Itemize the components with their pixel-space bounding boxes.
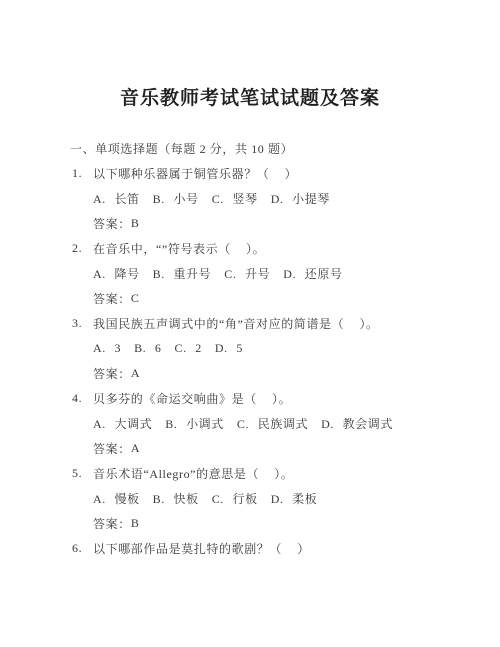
option: C. 竖琴 bbox=[212, 190, 258, 207]
question-text: 我国民族五声调式中的“角”音对应的简谱是（ ）。 bbox=[93, 315, 379, 332]
question-row: 2. 在音乐中，“”符号表示（ ）。 bbox=[70, 236, 475, 261]
option: D. 小提琴 bbox=[271, 190, 330, 207]
option: C. 民族调式 bbox=[237, 415, 308, 432]
question-text: 在音乐中，“”符号表示（ ）。 bbox=[93, 240, 265, 257]
answer-label: 答案： bbox=[93, 365, 131, 382]
question-text: 贝多芬的《命运交响曲》是（ ）。 bbox=[93, 390, 291, 407]
options-row: A. 慢板 B. 快板 C. 行板 D. 柔板 bbox=[70, 486, 475, 511]
question-number: 1. bbox=[72, 166, 93, 181]
options-row: A. 长笛 B. 小号 C. 竖琴 D. 小提琴 bbox=[70, 186, 475, 211]
answer-label: 答案： bbox=[93, 215, 131, 232]
page-title: 音乐教师考试笔试试题及答案 bbox=[0, 83, 500, 110]
section-heading: 一、单项选择题（每题 2 分，共 10 题） bbox=[70, 136, 475, 161]
answer-value: C bbox=[131, 291, 140, 306]
option: B. 重升号 bbox=[153, 265, 212, 282]
options-row: A. 降号 B. 重升号 C. 升号 D. 还原号 bbox=[70, 261, 475, 286]
option: A. 长笛 bbox=[93, 190, 140, 207]
answer-label: 答案： bbox=[93, 290, 131, 307]
answer-value: B bbox=[131, 516, 140, 531]
option: C. 行板 bbox=[212, 490, 258, 507]
question-number: 5. bbox=[72, 466, 93, 481]
option: A. 慢板 bbox=[93, 490, 140, 507]
answer-label: 答案： bbox=[93, 440, 131, 457]
answer-row: 答案： B bbox=[70, 511, 475, 536]
question-row: 4. 贝多芬的《命运交响曲》是（ ）。 bbox=[70, 386, 475, 411]
document-page: 音乐教师考试笔试试题及答案 一、单项选择题（每题 2 分，共 10 题） 1. … bbox=[0, 0, 500, 647]
answer-value: B bbox=[131, 216, 140, 231]
answer-value: A bbox=[131, 366, 140, 381]
options-row: A. 3 B. 6 C. 2 D. 5 bbox=[70, 336, 475, 361]
option: A. 降号 bbox=[93, 265, 140, 282]
option: B. 快板 bbox=[153, 490, 199, 507]
question-text: 以下哪种乐器属于铜管乐器？（ ） bbox=[93, 165, 297, 182]
answer-row: 答案： A bbox=[70, 361, 475, 386]
option: B. 6 bbox=[134, 341, 161, 356]
answer-row: 答案： A bbox=[70, 436, 475, 461]
question-row: 6. 以下哪部作品是莫扎特的歌剧？（ ） bbox=[70, 536, 475, 561]
question-row: 1. 以下哪种乐器属于铜管乐器？（ ） bbox=[70, 161, 475, 186]
question-number: 2. bbox=[72, 241, 93, 256]
question-row: 5. 音乐术语“Allegro”的意思是（ ）。 bbox=[70, 461, 475, 486]
option: C. 升号 bbox=[224, 265, 270, 282]
question-number: 4. bbox=[72, 391, 93, 406]
document-body: 一、单项选择题（每题 2 分，共 10 题） 1. 以下哪种乐器属于铜管乐器？（… bbox=[70, 136, 475, 561]
answer-label: 答案： bbox=[93, 515, 131, 532]
option: D. 教会调式 bbox=[321, 415, 393, 432]
option: C. 2 bbox=[174, 341, 201, 356]
options-row: A. 大调式 B. 小调式 C. 民族调式 D. 教会调式 bbox=[70, 411, 475, 436]
question-number: 6. bbox=[72, 541, 93, 556]
question-number: 3. bbox=[72, 316, 93, 331]
answer-value: A bbox=[131, 441, 140, 456]
option: D. 5 bbox=[215, 341, 243, 356]
option: A. 大调式 bbox=[93, 415, 152, 432]
option: D. 柔板 bbox=[271, 490, 318, 507]
answer-row: 答案： B bbox=[70, 211, 475, 236]
question-text: 以下哪部作品是莫扎特的歌剧？（ ） bbox=[93, 540, 310, 557]
option: B. 小调式 bbox=[165, 415, 224, 432]
option: A. 3 bbox=[93, 341, 121, 356]
answer-row: 答案： C bbox=[70, 286, 475, 311]
option: B. 小号 bbox=[153, 190, 199, 207]
question-text: 音乐术语“Allegro”的意思是（ ）。 bbox=[93, 465, 294, 482]
option: D. 还原号 bbox=[283, 265, 342, 282]
question-row: 3. 我国民族五声调式中的“角”音对应的简谱是（ ）。 bbox=[70, 311, 475, 336]
